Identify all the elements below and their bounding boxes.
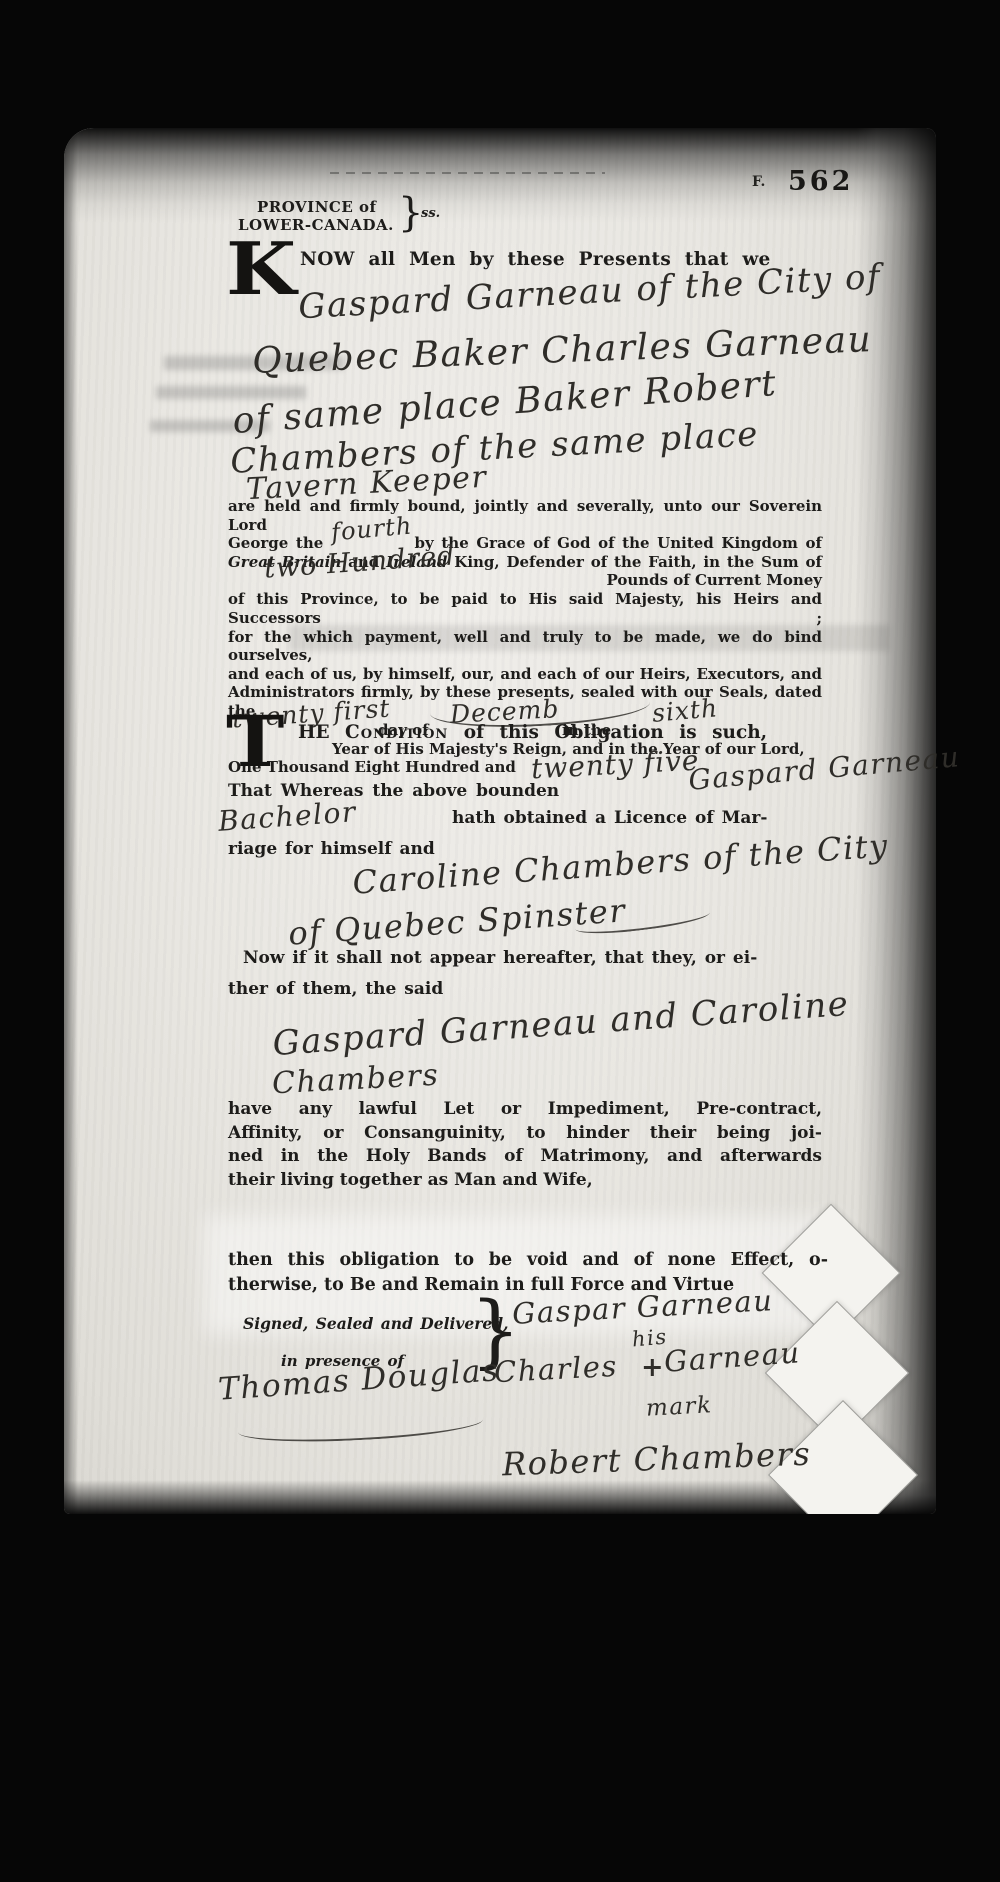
handwritten-sum: two Hundred — [264, 557, 455, 570]
now-line-b: ther of them, the said — [228, 979, 443, 999]
obligation-line: and each of us, by himself, our, and eac… — [228, 665, 822, 684]
impediment-line: Affinity, or Consanguinity, to hinder th… — [228, 1122, 822, 1146]
paper-left-shadow — [64, 128, 78, 1514]
impediment-paragraph: have any lawful Let or Impediment, Pre-c… — [228, 1098, 822, 1192]
signature-charles-mark-word: mark — [645, 1392, 713, 1421]
handwritten-king-ordinal: fourth — [331, 526, 412, 533]
header-brace: } — [398, 190, 423, 236]
fold-crease — [330, 172, 605, 174]
province-line1: PROVINCE of — [257, 198, 376, 216]
obligation-text: King, Defender of the Faith, in the Sum … — [454, 553, 822, 571]
page-number: 562 — [788, 166, 853, 197]
dropcap-k: K — [226, 238, 296, 300]
void-line: then this obligation to be void and of n… — [228, 1248, 828, 1273]
microfilm-frame: F. 562 PROVINCE of LOWER-CANADA. } ss. K… — [0, 0, 1000, 1882]
licence-line-a: hath obtained a Licence of Mar- — [452, 808, 767, 828]
condition-heading: HE Condition of this Obligation is such, — [298, 722, 767, 743]
condition-heading-he: HE — [298, 722, 330, 743]
dropcap-t: T — [226, 712, 284, 772]
condition-heading-word: Condition — [345, 722, 448, 743]
handwritten-regnal-year: sixth — [652, 708, 718, 714]
attestation-line1: Signed, Sealed and Delivered, — [243, 1314, 509, 1333]
obligation-line: for the which payment, well and truly to… — [228, 628, 822, 665]
signature-charles-cross-mark: + — [641, 1352, 665, 1383]
condition-heading-rest: of this Obligation is such, — [464, 722, 767, 743]
header-ss: ss. — [421, 206, 440, 221]
obligation-line: of this Province, to be paid to His said… — [228, 590, 822, 627]
obligation-line: are held and firmly bound, jointly and s… — [228, 497, 822, 534]
signature-charles: Charles — [493, 1349, 618, 1389]
whereas-line: That Whereas the above bounden — [228, 781, 559, 801]
obligation-text: Pounds of Current Money — [606, 571, 822, 590]
obligation-text: by the Grace of God of the United Kingdo… — [415, 534, 822, 552]
film-prefix: F. — [752, 174, 765, 190]
impediment-line: ned in the Holy Bands of Matrimony, and … — [228, 1145, 822, 1169]
obligation-line: two Hundred Pounds of Current Money — [228, 571, 822, 590]
now-line-a: Now if it shall not appear hereafter, th… — [243, 948, 757, 968]
licence-line-b: riage for himself and — [228, 839, 435, 859]
impediment-line: have any lawful Let or Impediment, Pre-c… — [228, 1098, 822, 1122]
impediment-line: their living together as Man and Wife, — [228, 1169, 822, 1193]
handwritten-year: twenty five — [531, 761, 699, 770]
